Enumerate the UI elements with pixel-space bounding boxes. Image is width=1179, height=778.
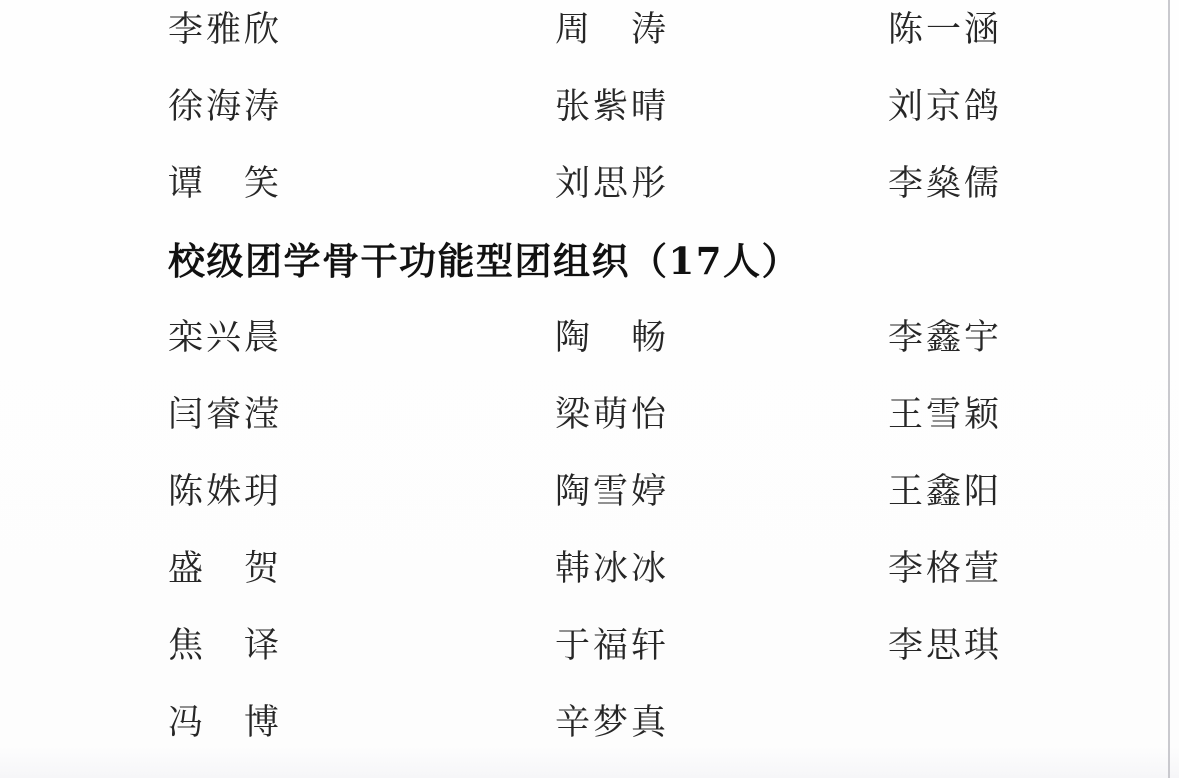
person-name: 栾兴晨 [168, 310, 555, 360]
page-edge-line [1168, 0, 1170, 778]
section-heading-row: 校级团学骨干功能型团组织（17人） [168, 219, 1179, 296]
person-name: 王雪颖 [888, 387, 1139, 437]
name-row: 焦 译于福轩李思琪 [168, 604, 1139, 681]
person-name: 盛 贺 [168, 541, 555, 591]
name-list: 李雅欣周 涛陈一涵徐海涛张紫晴刘京鸽谭 笑刘思彤李燊儒校级团学骨干功能型团组织（… [0, 0, 1179, 758]
person-name: 陈姝玥 [168, 464, 555, 514]
name-row: 闫睿滢梁萌怡王雪颖 [168, 373, 1139, 450]
name-row: 谭 笑刘思彤李燊儒 [168, 142, 1139, 219]
person-name: 张紫晴 [555, 79, 888, 129]
person-name: 李格萱 [888, 541, 1139, 591]
name-row: 陈姝玥陶雪婷王鑫阳 [168, 450, 1139, 527]
section-heading: 校级团学骨干功能型团组织（17人） [168, 231, 800, 285]
name-row: 栾兴晨陶 畅李鑫宇 [168, 296, 1139, 373]
person-name: 李燊儒 [888, 156, 1139, 206]
person-name: 刘京鸽 [888, 79, 1139, 129]
person-name: 陶 畅 [555, 310, 888, 360]
person-name: 徐海涛 [168, 79, 555, 129]
person-name: 陈一涵 [888, 2, 1139, 52]
person-name: 周 涛 [555, 2, 888, 52]
person-name: 王鑫阳 [888, 464, 1139, 514]
person-name: 陶雪婷 [555, 464, 888, 514]
person-name: 韩冰冰 [555, 541, 888, 591]
person-name: 刘思彤 [555, 156, 888, 206]
name-row: 盛 贺韩冰冰李格萱 [168, 527, 1139, 604]
person-name: 梁萌怡 [555, 387, 888, 437]
person-name: 李鑫宇 [888, 310, 1139, 360]
document-page: 李雅欣周 涛陈一涵徐海涛张紫晴刘京鸽谭 笑刘思彤李燊儒校级团学骨干功能型团组织（… [0, 0, 1179, 778]
person-name: 闫睿滢 [168, 387, 555, 437]
person-name: 辛梦真 [555, 695, 888, 745]
person-name: 李思琪 [888, 618, 1139, 668]
name-row: 冯 博辛梦真 [168, 681, 1139, 758]
name-row: 徐海涛张紫晴刘京鸽 [168, 65, 1139, 142]
person-name: 于福轩 [555, 618, 888, 668]
person-name: 李雅欣 [168, 2, 555, 52]
person-name: 焦 译 [168, 618, 555, 668]
person-name: 谭 笑 [168, 156, 555, 206]
person-name: 冯 博 [168, 695, 555, 745]
name-row: 李雅欣周 涛陈一涵 [168, 0, 1139, 65]
